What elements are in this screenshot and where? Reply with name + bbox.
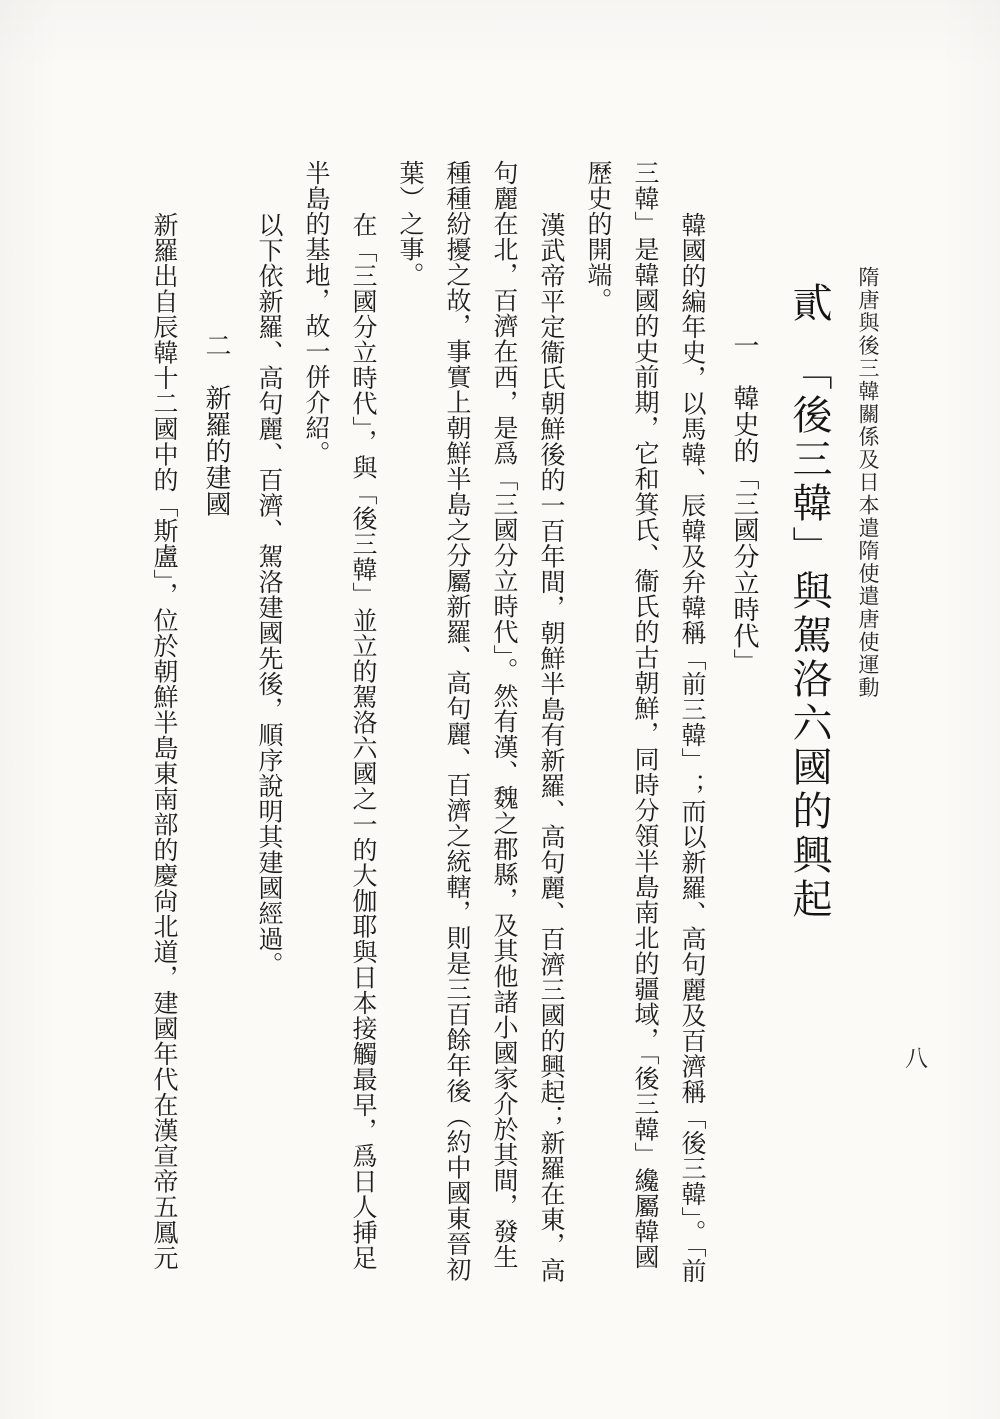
section-2-heading: 二 新羅的建國: [187, 160, 245, 1284]
section-1-paragraph-2: 漢武帝平定衞氏朝鮮後的一百年間，朝鮮半島有新羅、高句麗、百濟三國的興起；新羅在東…: [386, 160, 574, 1284]
page-body: 貳 「後三韓」與駕洛六國的興起 一 韓史的「三國分立時代」 韓國的編年史，以馬韓…: [140, 160, 845, 1284]
page-number: 八: [898, 1046, 931, 1069]
section-1-heading: 一 韓史的「三國分立時代」: [715, 160, 773, 1284]
chapter-title: 貳 「後三韓」與駕洛六國的興起: [773, 160, 845, 1284]
section-2-paragraph-1: 新羅出自辰韓十二國中的「斯盧」，位於朝鮮半島東南部的慶尙北道，建國年代在漢宣帝五…: [140, 160, 187, 1284]
book-page: 隋唐與後三韓關係及日本遣隋使遣唐使運動 八 貳 「後三韓」與駕洛六國的興起 一 …: [0, 0, 1000, 1419]
section-1-paragraph-4: 以下依新羅、高句麗、百濟、駕洛建國先後，順序說明其建國經過。: [245, 160, 292, 1284]
section-1-paragraph-3: 在「三國分立時代」，與「後三韓」並立的駕洛六國之一的大伽耶與日本接觸最早，爲日人…: [292, 160, 386, 1284]
running-head: 隋唐與後三韓關係及日本遣隋使遣唐使運動: [853, 266, 883, 699]
section-1-paragraph-1: 韓國的編年史，以馬韓、辰韓及弁韓稱「前三韓」；而以新羅、高句麗及百濟稱「後三韓」…: [574, 160, 715, 1284]
